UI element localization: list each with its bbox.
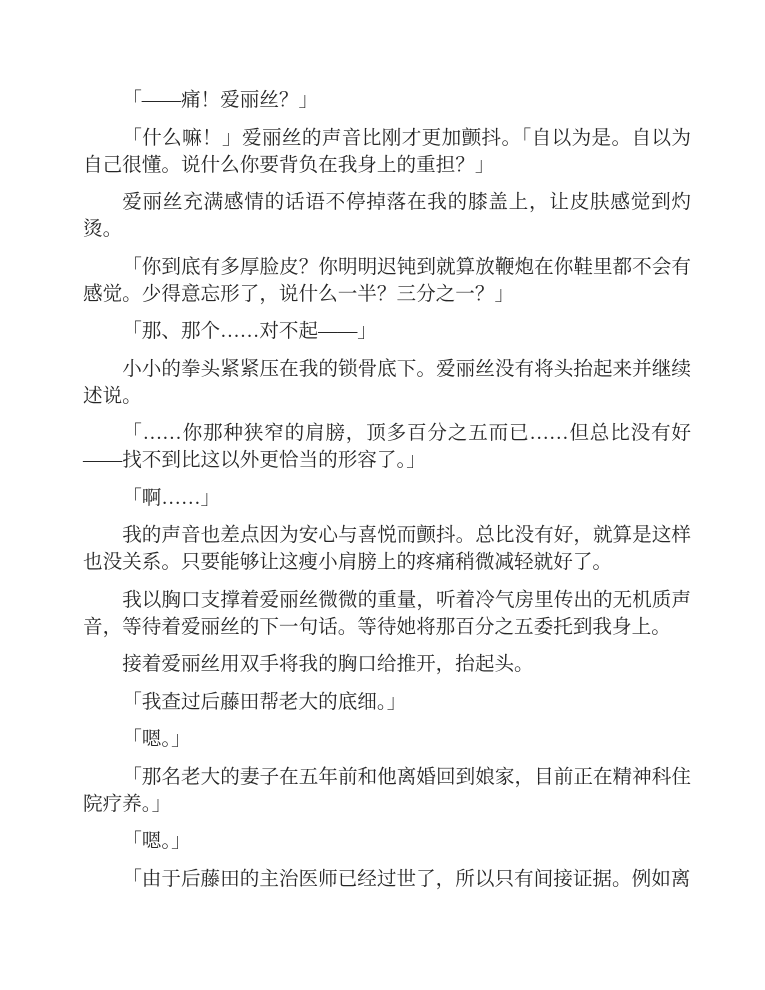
paragraph: 「嗯。」 [83, 828, 691, 855]
paragraph: 接着爱丽丝用双手将我的胸口给推开，抬起头。 [83, 651, 691, 678]
paragraph: 「那名老大的妻子在五年前和他离婚回到娘家，目前正在精神科住院疗养。」 [83, 764, 691, 818]
paragraph: 「……你那种狭窄的肩膀，顶多百分之五而已……但总比没有好——找不到比这以外更恰当… [83, 420, 691, 474]
paragraph: 「啊……」 [83, 485, 691, 512]
novel-page: 「——痛！爱丽丝？」「什么嘛！」爱丽丝的声音比刚才更加颤抖。「自以为是。自以为自… [0, 0, 765, 990]
paragraph: 「那、那个……对不起——」 [83, 318, 691, 345]
paragraph: 小小的拳头紧紧压在我的锁骨底下。爱丽丝没有将头抬起来并继续述说。 [83, 356, 691, 410]
paragraph: 「由于后藤田的主治医师已经过世了，所以只有间接证据。例如离 [83, 866, 691, 893]
paragraph: 我以胸口支撑着爱丽丝微微的重量，听着冷气房里传出的无机质声音，等待着爱丽丝的下一… [83, 587, 691, 641]
paragraph: 我的声音也差点因为安心与喜悦而颤抖。总比没有好，就算是这样也没关系。只要能够让这… [83, 522, 691, 576]
paragraph: 「什么嘛！」爱丽丝的声音比刚才更加颤抖。「自以为是。自以为自己很懂。说什么你要背… [83, 125, 691, 179]
paragraph: 「嗯。」 [83, 726, 691, 753]
paragraph: 爱丽丝充满感情的话语不停掉落在我的膝盖上，让皮肤感觉到灼烫。 [83, 189, 691, 243]
paragraph: 「——痛！爱丽丝？」 [83, 87, 691, 114]
text-content: 「——痛！爱丽丝？」「什么嘛！」爱丽丝的声音比刚才更加颤抖。「自以为是。自以为自… [83, 87, 691, 903]
paragraph: 「你到底有多厚脸皮？你明明迟钝到就算放鞭炮在你鞋里都不会有感觉。少得意忘形了，说… [83, 254, 691, 308]
paragraph: 「我查过后藤田帮老大的底细。」 [83, 689, 691, 716]
